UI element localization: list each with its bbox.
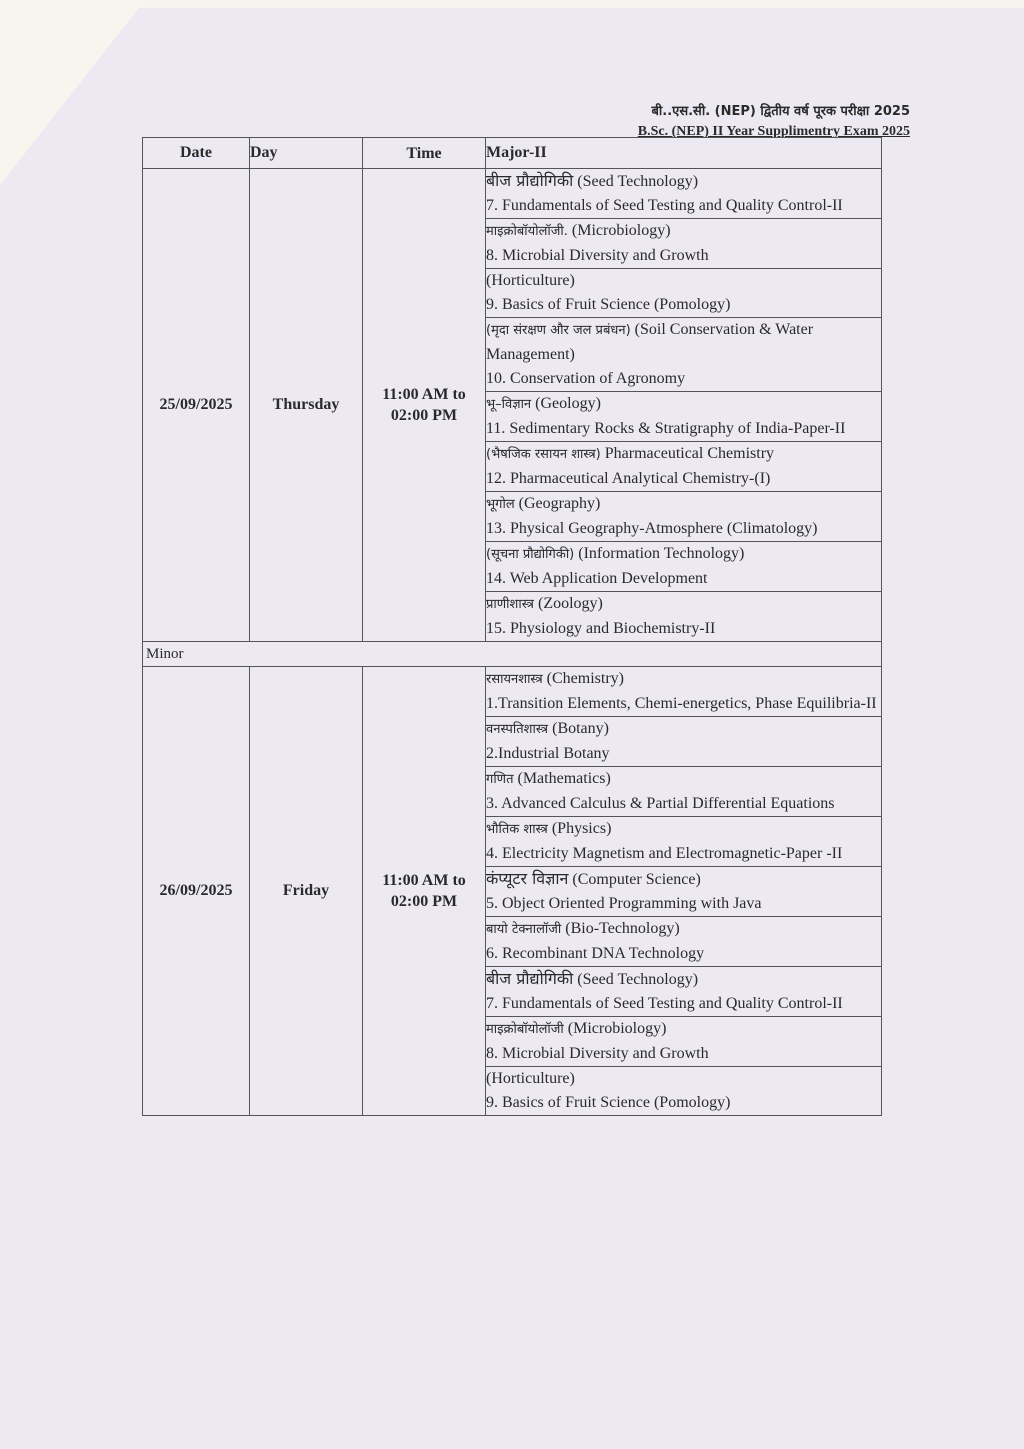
session-major: 25/09/2025Thursday11:00 AM to02:00 PMबीज… bbox=[143, 169, 882, 642]
subject-english: (Horticulture) bbox=[486, 1070, 575, 1087]
subject-name: (Horticulture) bbox=[486, 269, 881, 293]
subject-cell: भौतिक शास्त्र (Physics)4. Electricity Ma… bbox=[486, 817, 882, 867]
subject-name: वनस्पतिशास्त्र (Botany) bbox=[486, 717, 881, 742]
subject-cell: प्राणीशास्त्र (Zoology)15. Physiology an… bbox=[486, 592, 882, 642]
subject-cell: (मृदा संरक्षण और जल प्रबंधन) (Soil Conse… bbox=[486, 318, 882, 392]
subject-cell: माइक्रोबॉयोलॉजी (Microbiology)8. Microbi… bbox=[486, 1017, 882, 1067]
paper-title: 6. Recombinant DNA Technology bbox=[486, 942, 881, 966]
subject-hindi: गणित bbox=[486, 772, 514, 787]
day-text: Thursday bbox=[273, 396, 340, 413]
subject-english: (Horticulture) bbox=[486, 272, 575, 289]
exam-day: Friday bbox=[250, 667, 363, 1116]
subject-name: बीज प्रौद्योगिकी (Seed Technology) bbox=[486, 967, 881, 992]
exam-day: Thursday bbox=[250, 169, 363, 642]
subject-english: (Chemistry) bbox=[547, 670, 624, 687]
subject-name: बीज प्रौद्योगिकी (Seed Technology) bbox=[486, 169, 881, 194]
column-header-major: Major-II bbox=[486, 138, 882, 169]
subject-hindi: प्राणीशास्त्र bbox=[486, 597, 534, 612]
subject-cell: माइक्रोबॉयोलॉजी. (Microbiology)8. Microb… bbox=[486, 219, 882, 269]
subject-cell: (Horticulture)9. Basics of Fruit Science… bbox=[486, 269, 882, 318]
day-text: Friday bbox=[283, 882, 329, 899]
subject-hindi: (सूचना प्रौद्योगिकी) bbox=[486, 547, 574, 562]
exam-time: 11:00 AM to02:00 PM bbox=[363, 169, 486, 642]
document-header: बी..एस.सी. (NEP) द्वितीय वर्ष पूरक परीक्… bbox=[638, 102, 910, 142]
paper-title: 7. Fundamentals of Seed Testing and Qual… bbox=[486, 992, 881, 1016]
paper-title: 1.Transition Elements, Chemi-energetics,… bbox=[486, 692, 881, 716]
table-header-row: Date Day Time Major-II bbox=[143, 138, 882, 169]
subject-english: Pharmaceutical Chemistry bbox=[605, 445, 774, 462]
subject-english: (Geology) bbox=[535, 395, 601, 412]
subject-name: भूगोल (Geography) bbox=[486, 492, 881, 517]
subject-cell: (सूचना प्रौद्योगिकी) (Information Techno… bbox=[486, 542, 882, 592]
subject-hindi: भौतिक शास्त्र bbox=[486, 822, 548, 837]
subject-english: (Information Technology) bbox=[578, 545, 744, 562]
paper-title: 9. Basics of Fruit Science (Pomology) bbox=[486, 1091, 881, 1115]
subject-cell: भूगोल (Geography)13. Physical Geography-… bbox=[486, 492, 882, 542]
subject-hindi: बीज प्रौद्योगिकी bbox=[486, 171, 573, 190]
paper-title: 15. Physiology and Biochemistry-II bbox=[486, 617, 881, 641]
subject-cell: कंप्यूटर विज्ञान (Computer Science)5. Ob… bbox=[486, 867, 882, 917]
column-header-time: Time bbox=[363, 138, 486, 169]
subject-english: (Botany) bbox=[552, 720, 609, 737]
paper-title: 11. Sedimentary Rocks & Stratigraphy of … bbox=[486, 417, 881, 441]
paper-title: 14. Web Application Development bbox=[486, 567, 881, 591]
paper-title: 12. Pharmaceutical Analytical Chemistry-… bbox=[486, 467, 881, 491]
subject-english: (Seed Technology) bbox=[577, 971, 698, 988]
subject-name: प्राणीशास्त्र (Zoology) bbox=[486, 592, 881, 617]
subject-cell: (भैषजिक रसायन शास्त्र) Pharmaceutical Ch… bbox=[486, 442, 882, 492]
subject-english: (Geography) bbox=[519, 495, 601, 512]
time-start: 11:00 AM to bbox=[382, 386, 466, 403]
subject-name: (मृदा संरक्षण और जल प्रबंधन) (Soil Conse… bbox=[486, 318, 881, 367]
date-text: 25/09/2025 bbox=[160, 396, 233, 413]
time-end: 02:00 PM bbox=[391, 893, 457, 910]
paper-title: 8. Microbial Diversity and Growth bbox=[486, 244, 881, 268]
subject-cell: भू–विज्ञान (Geology)11. Sedimentary Rock… bbox=[486, 392, 882, 442]
subject-name: भू–विज्ञान (Geology) bbox=[486, 392, 881, 417]
exam-time: 11:00 AM to02:00 PM bbox=[363, 667, 486, 1116]
subject-hindi: वनस्पतिशास्त्र bbox=[486, 722, 548, 737]
subject-cell: वनस्पतिशास्त्र (Botany)2.Industrial Bota… bbox=[486, 717, 882, 767]
table-row: 25/09/2025Thursday11:00 AM to02:00 PMबीज… bbox=[143, 169, 882, 219]
date-text: 26/09/2025 bbox=[160, 882, 233, 899]
subject-name: (Horticulture) bbox=[486, 1067, 881, 1091]
paper-title: 10. Conservation of Agronomy bbox=[486, 367, 881, 391]
time-end: 02:00 PM bbox=[391, 407, 457, 424]
subject-hindi: कंप्यूटर विज्ञान bbox=[486, 869, 568, 888]
column-header-day: Day bbox=[250, 138, 363, 169]
subject-english: (Bio-Technology) bbox=[565, 920, 679, 937]
subject-english: (Mathematics) bbox=[518, 770, 611, 787]
subject-cell: (Horticulture)9. Basics of Fruit Science… bbox=[486, 1067, 882, 1116]
subject-hindi: बायो टेक्नालॉजी bbox=[486, 922, 561, 937]
exam-date: 25/09/2025 bbox=[143, 169, 250, 642]
subject-hindi: (मृदा संरक्षण और जल प्रबंधन) bbox=[486, 323, 631, 338]
subject-english: (Physics) bbox=[552, 820, 612, 837]
subject-cell: रसायनशास्त्र (Chemistry)1.Transition Ele… bbox=[486, 667, 882, 717]
subject-name: माइक्रोबॉयोलॉजी. (Microbiology) bbox=[486, 219, 881, 244]
paper-title: 2.Industrial Botany bbox=[486, 742, 881, 766]
scan-top-edge bbox=[0, 0, 1024, 8]
subject-english: (Microbiology) bbox=[568, 1020, 667, 1037]
subject-name: (भैषजिक रसायन शास्त्र) Pharmaceutical Ch… bbox=[486, 442, 881, 467]
title-hindi: बी..एस.सी. (NEP) द्वितीय वर्ष पूरक परीक्… bbox=[638, 102, 910, 122]
subject-cell: बीज प्रौद्योगिकी (Seed Technology)7. Fun… bbox=[486, 169, 882, 219]
exam-date: 26/09/2025 bbox=[143, 667, 250, 1116]
paper-title: 9. Basics of Fruit Science (Pomology) bbox=[486, 293, 881, 317]
paper-title: 8. Microbial Diversity and Growth bbox=[486, 1042, 881, 1066]
subject-hindi: (भैषजिक रसायन शास्त्र) bbox=[486, 447, 601, 462]
exam-schedule-table: Date Day Time Major-II 25/09/2025Thursda… bbox=[142, 137, 882, 1116]
subject-name: गणित (Mathematics) bbox=[486, 767, 881, 792]
subject-english: (Computer Science) bbox=[572, 871, 700, 888]
paper-title: 13. Physical Geography-Atmosphere (Clima… bbox=[486, 517, 881, 541]
subject-cell: बायो टेक्नालॉजी (Bio-Technology)6. Recom… bbox=[486, 917, 882, 967]
subject-hindi: माइक्रोबॉयोलॉजी bbox=[486, 1022, 564, 1037]
subject-english: (Microbiology) bbox=[572, 222, 671, 239]
paper-title: 7. Fundamentals of Seed Testing and Qual… bbox=[486, 194, 881, 218]
subject-name: बायो टेक्नालॉजी (Bio-Technology) bbox=[486, 917, 881, 942]
subject-cell: बीज प्रौद्योगिकी (Seed Technology)7. Fun… bbox=[486, 967, 882, 1017]
column-header-date: Date bbox=[143, 138, 250, 169]
page-fold-corner bbox=[0, 0, 145, 185]
paper-title: 3. Advanced Calculus & Partial Different… bbox=[486, 792, 881, 816]
subject-hindi: माइक्रोबॉयोलॉजी. bbox=[486, 224, 568, 239]
subject-hindi: बीज प्रौद्योगिकी bbox=[486, 969, 573, 988]
table-row: 26/09/2025Friday11:00 AM to02:00 PMरसायन… bbox=[143, 667, 882, 717]
minor-section-row: Minor bbox=[143, 642, 882, 667]
subject-hindi: रसायनशास्त्र bbox=[486, 672, 543, 687]
paper-title: 5. Object Oriented Programming with Java bbox=[486, 892, 881, 916]
subject-name: भौतिक शास्त्र (Physics) bbox=[486, 817, 881, 842]
session-minor: 26/09/2025Friday11:00 AM to02:00 PMरसायन… bbox=[143, 667, 882, 1116]
subject-hindi: भू–विज्ञान bbox=[486, 397, 531, 412]
subject-english: (Seed Technology) bbox=[577, 173, 698, 190]
subject-name: माइक्रोबॉयोलॉजी (Microbiology) bbox=[486, 1017, 881, 1042]
time-start: 11:00 AM to bbox=[382, 872, 466, 889]
subject-hindi: भूगोल bbox=[486, 497, 515, 512]
minor-label: Minor bbox=[143, 646, 184, 662]
subject-name: रसायनशास्त्र (Chemistry) bbox=[486, 667, 881, 692]
subject-name: कंप्यूटर विज्ञान (Computer Science) bbox=[486, 867, 881, 892]
subject-name: (सूचना प्रौद्योगिकी) (Information Techno… bbox=[486, 542, 881, 567]
subject-cell: गणित (Mathematics)3. Advanced Calculus &… bbox=[486, 767, 882, 817]
paper-title: 4. Electricity Magnetism and Electromagn… bbox=[486, 842, 881, 866]
subject-english: (Zoology) bbox=[538, 595, 603, 612]
